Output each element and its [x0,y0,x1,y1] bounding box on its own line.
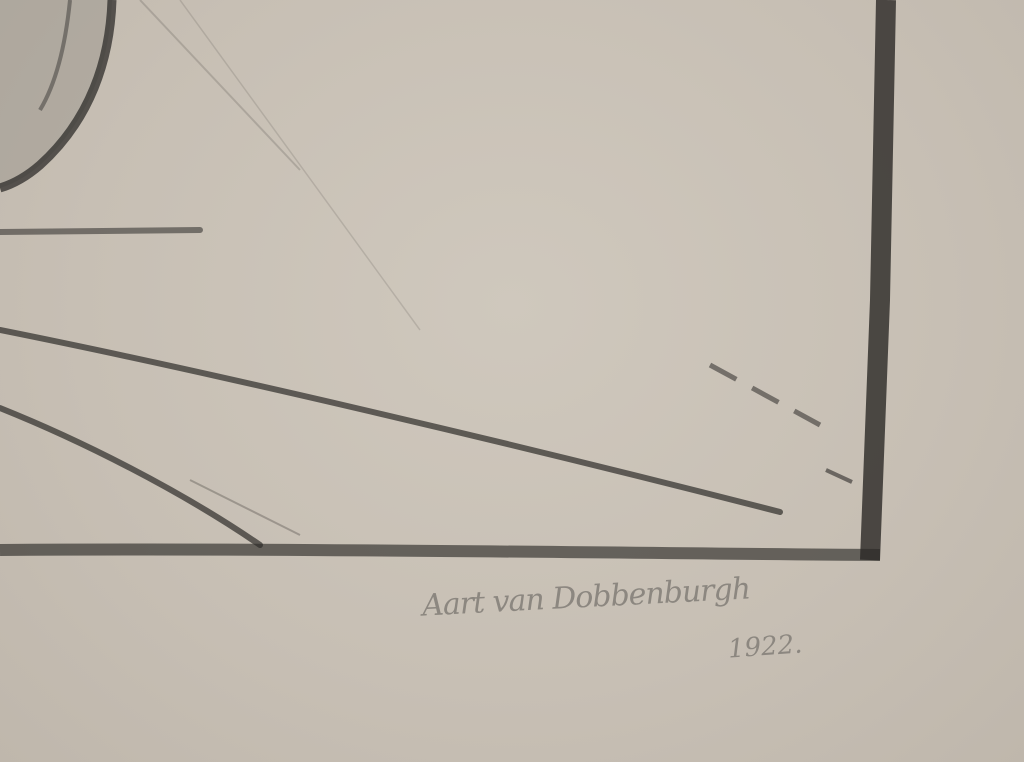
diagonal-stroke-long [0,330,780,512]
artwork-paper: Aart van Dobbenburgh 1922. [0,0,1024,762]
artwork-year: 1922. [727,629,803,664]
diagonal-stroke-short [0,408,260,545]
right-border-stroke [870,0,886,560]
bottom-border-stroke [0,550,880,555]
drawing-strokes [0,0,1024,762]
